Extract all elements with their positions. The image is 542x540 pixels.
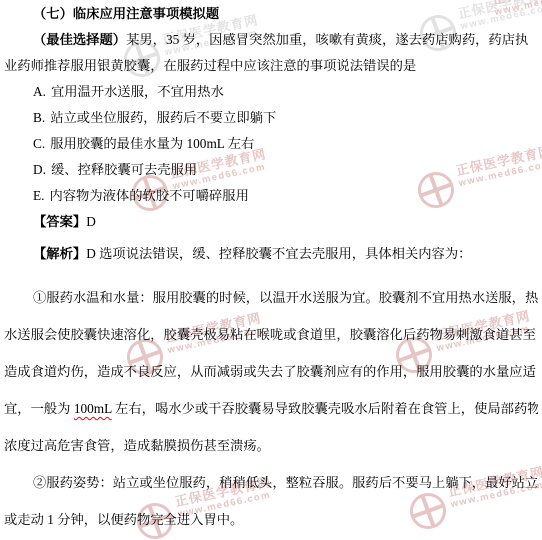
question-line-2: 业药师推荐服用银黄胶囊，在服药过程中应该注意的事项说法错误的是 (4, 53, 538, 79)
explanation-line: 造成食道灼伤，造成不良反应，从而减弱或失去了胶囊剂应有的作用，服用胶囊的水量应适 (4, 353, 538, 390)
explanation-text: 宜，一般为 (4, 401, 74, 416)
analysis-tag: 【解析】 (33, 246, 86, 261)
option-A-text: 宜用温开水送服，不宜用热水 (51, 84, 224, 99)
option-A: A.宜用温开水送服，不宜用热水 (4, 79, 538, 105)
option-B: B.站立或坐位服药，服药后不要立即躺下 (4, 105, 538, 131)
explanation-paragraph-1: ①服药水温和水量：服用胶囊的时候，以温开水送服为宜。胶囊剂不宜用热水送服，热 水… (4, 279, 538, 464)
answer-tag: 【答案】 (33, 214, 86, 229)
answer-line: 【答案】D (4, 209, 538, 235)
option-C-text: 服用胶囊的最佳水量为 100mL 左右 (50, 136, 254, 151)
option-B-text: 站立或坐位服药，服药后不要立即躺下 (50, 110, 276, 125)
explanation-line: 或走动 1 分钟，以便药物完全进入胃中。 (4, 501, 538, 538)
option-C-label: C. (33, 136, 45, 151)
question-text: 某男，35 岁，因感冒突然加重，咳嗽有黄痰，遂去药店购药，药店执 (126, 32, 528, 47)
doc-title: （七）临床应用注意事项模拟题 (4, 1, 538, 27)
question-type-tag: （最佳选择题） (33, 32, 126, 47)
explanation-line: 水送服会使胶囊快速溶化，胶囊壳极易粘在喉咙或食道里，胶囊溶化后药物易刺激食道甚至 (4, 316, 538, 353)
question-line-1: （最佳选择题）某男，35 岁，因感冒突然加重，咳嗽有黄痰，遂去药店购药，药店执 (4, 27, 538, 53)
option-E-label: E. (33, 188, 44, 203)
document-page: 正保医学教育网 www.med66.com 正保医学教育网 www.med66.… (0, 0, 542, 540)
answer-value: D (86, 214, 96, 229)
explanation-text: 左右，喝水少或干吞胶囊易导致胶囊壳吸水后附着在食管上，使局部药物 (112, 401, 538, 416)
explanation-line: 宜，一般为 100mL 左右，喝水少或干吞胶囊易导致胶囊壳吸水后附着在食管上，使… (4, 390, 538, 427)
document-body: （七）临床应用注意事项模拟题 （最佳选择题）某男，35 岁，因感冒突然加重，咳嗽… (0, 0, 542, 538)
analysis-line: 【解析】D 选项说法错误，缓、控释胶囊不宜去壳服用，具体相关内容为： (4, 241, 538, 267)
explanation-line: 浓度过高危害食管，造成黏膜损伤甚至溃疡。 (4, 427, 538, 464)
explanation-paragraph-2: ②服药姿势：站立或坐位服药，稍稍低头，整粒吞服。服药后不要马上躺下，最好站立 或… (4, 464, 538, 538)
option-D: D.缓、控释胶囊可去壳服用 (4, 157, 538, 183)
explanation-line: ①服药水温和水量：服用胶囊的时候，以温开水送服为宜。胶囊剂不宜用热水送服，热 (4, 279, 538, 316)
analysis-text: D 选项说法错误，缓、控释胶囊不宜去壳服用，具体相关内容为： (86, 246, 471, 261)
explanation-line: ②服药姿势：站立或坐位服药，稍稍低头，整粒吞服。服药后不要马上躺下，最好站立 (4, 464, 538, 501)
option-A-label: A. (33, 84, 46, 99)
explanation-section: ①服药水温和水量：服用胶囊的时候，以温开水送服为宜。胶囊剂不宜用热水送服，热 水… (4, 279, 538, 538)
option-B-label: B. (33, 110, 45, 125)
option-E-text: 内容物为液体的软胶不可嚼碎服用 (49, 188, 248, 203)
option-D-text: 缓、控释胶囊可去壳服用 (51, 162, 197, 177)
option-E: E.内容物为液体的软胶不可嚼碎服用 (4, 183, 538, 209)
option-C: C.服用胶囊的最佳水量为 100mL 左右 (4, 131, 538, 157)
option-D-label: D. (33, 162, 46, 177)
spellcheck-underlined-text: 100mL (74, 401, 112, 416)
